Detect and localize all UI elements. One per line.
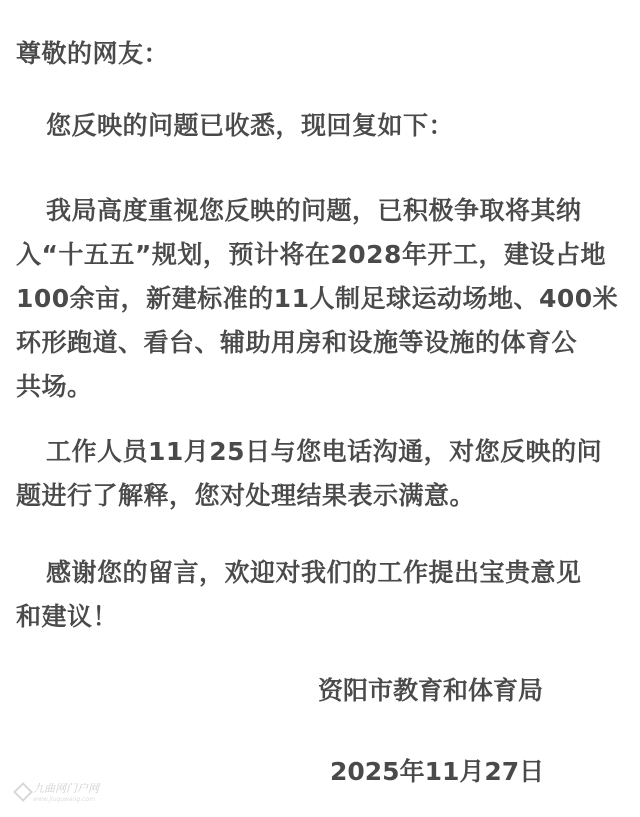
paragraph-line: 和建议！ xyxy=(16,601,118,633)
watermark-subtext: www.jiuquwang.com xyxy=(33,796,99,803)
paragraph-line: 入“十五五”规划，预计将在2028年开工，建设占地 xyxy=(16,239,606,271)
paragraph-line: 我局高度重视您反映的问题，已积极争取将其纳 xyxy=(46,195,582,227)
salutation: 尊敬的网友： xyxy=(16,38,169,70)
paragraph-line: 环形跑道、看台、辅助用房和设施等设施的体育公 xyxy=(16,327,577,359)
watermark-text-group: 九曲网门户网 www.jiuquwang.com xyxy=(33,780,99,803)
paragraph-line: 100余亩，新建标准的11人制足球运动场地、400米 xyxy=(16,283,618,315)
paragraph-line: 工作人员11月25日与您电话沟通，对您反映的问 xyxy=(46,436,602,468)
signature-org: 资阳市教育和体育局 xyxy=(318,675,543,707)
watermark-text: 九曲网门户网 xyxy=(33,782,99,795)
signature-date: 2025年11月27日 xyxy=(330,756,544,788)
paragraph-line: 题进行了解释，您对处理结果表示满意。 xyxy=(16,480,475,512)
watermark: 九曲网门户网 www.jiuquwang.com xyxy=(16,780,99,803)
paragraph-line: 共场。 xyxy=(16,371,93,403)
intro-text: 您反映的问题已收悉，现回复如下： xyxy=(46,110,454,142)
paragraph-line: 感谢您的留言，欢迎对我们的工作提出宝贵意见 xyxy=(46,557,582,589)
watermark-logo-icon xyxy=(13,782,33,802)
